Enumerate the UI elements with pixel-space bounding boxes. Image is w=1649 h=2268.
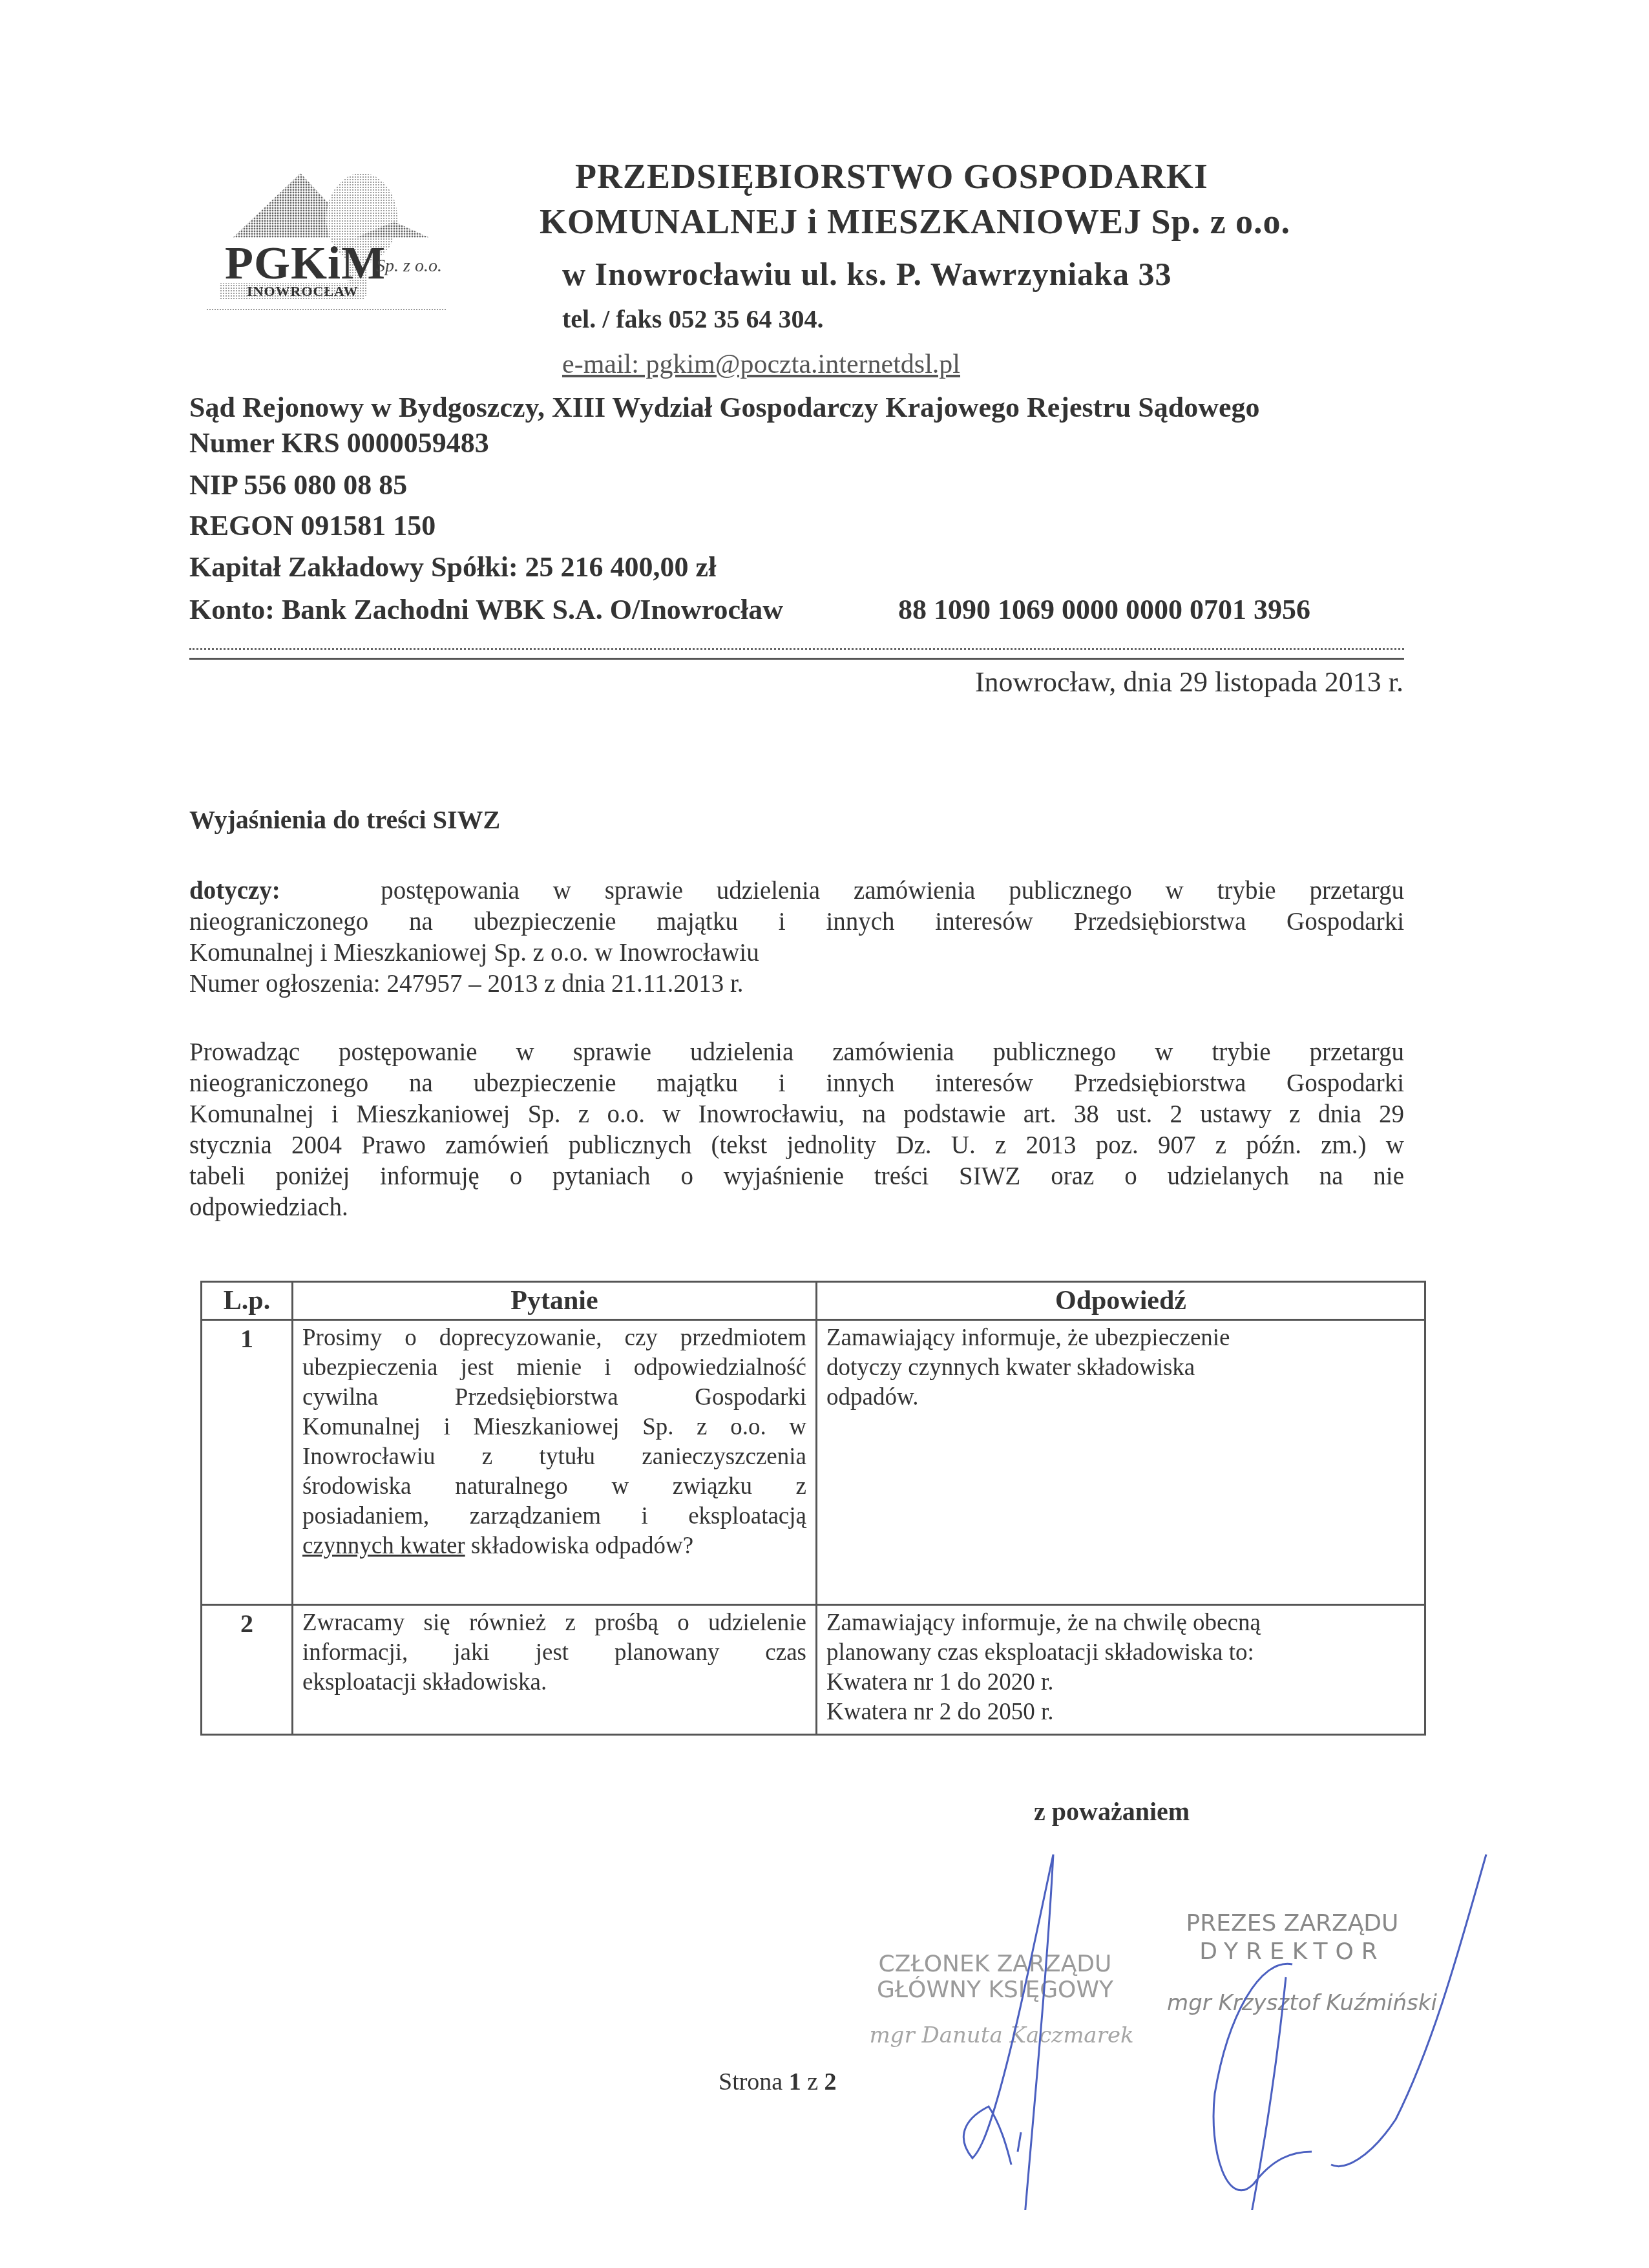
document-date: Inowrocław, dnia 29 listopada 2013 r. <box>975 666 1403 698</box>
subject-line-1: dotyczy: postępowania w sprawie udzielen… <box>189 876 1404 907</box>
registry-capital: Kapitał Zakładowy Spółki: 25 216 400,00 … <box>189 551 716 583</box>
closing-regards: z poważaniem <box>1034 1796 1190 1827</box>
logo-underline <box>207 309 446 310</box>
registry-bank: Konto: Bank Zachodni WBK S.A. O/Inowrocł… <box>189 593 783 626</box>
logo-suffix: Sp. z o.o. <box>376 256 442 277</box>
intro-paragraph: Prowadząc postępowanie w sprawie udziele… <box>189 1037 1404 1223</box>
questions-table: L.p. Pytanie Odpowiedź 1 Prosimy o dopre… <box>200 1281 1426 1736</box>
company-name-line1: PRZEDSIĘBIORSTWO GOSPODARKI <box>575 156 1208 196</box>
header-separator-line <box>189 658 1404 660</box>
stamp-president: PREZES ZARZĄDU DYREKTOR <box>1163 1909 1422 1966</box>
header-separator-dots <box>189 648 1404 650</box>
question-cell: Zwracamy się również z prośbą o udzielen… <box>293 1605 817 1735</box>
header-lp: L.p. <box>202 1282 293 1320</box>
document-title: Wyjaśnienia do treści SIWZ <box>189 804 500 835</box>
answer-cell: Zamawiający informuje, że na chwilę obec… <box>817 1605 1425 1735</box>
question-cell: Prosimy o doprecyzowanie, czy przedmiote… <box>293 1320 817 1605</box>
company-address: w Inowrocławiu ul. ks. P. Wawrzyniaka 33 <box>562 255 1171 293</box>
logo-brand: PGKiM <box>225 236 386 290</box>
company-logo: PGKiM INOWROCŁAW Sp. z o.o. <box>207 160 446 315</box>
subject-label: dotyczy: <box>189 877 280 905</box>
logo-city: INOWROCŁAW <box>247 283 359 300</box>
stamp-president-name: mgr Krzysztof Kuźmiński <box>1163 1990 1441 2016</box>
subject-line-3: Komunalnej i Mieszkaniowej Sp. z o.o. w … <box>189 938 1404 969</box>
table-row: 2 Zwracamy się również z prośbą o udziel… <box>202 1605 1425 1735</box>
page-indicator: Strona 1 z 2 <box>719 2068 837 2096</box>
row-number: 2 <box>202 1605 293 1735</box>
stamp-chief-accountant-name: mgr Danuta Kaczmarek <box>853 2022 1150 2048</box>
registry-regon: REGON 091581 150 <box>189 509 436 542</box>
row-number: 1 <box>202 1320 293 1605</box>
header-question: Pytanie <box>293 1282 817 1320</box>
registry-account-number: 88 1090 1069 0000 0000 0701 3956 <box>898 593 1310 626</box>
answer-cell: Zamawiający informuje, że ubezpieczenie … <box>817 1320 1425 1605</box>
header-answer: Odpowiedź <box>817 1282 1425 1320</box>
table-header-row: L.p. Pytanie Odpowiedź <box>202 1282 1425 1320</box>
subject-announcement-number: Numer ogłoszenia: 247957 – 2013 z dnia 2… <box>189 969 1404 1000</box>
company-name-line2: KOMUNALNEJ i MIESZKANIOWEJ Sp. z o.o. <box>540 202 1290 242</box>
registry-court: Sąd Rejonowy w Bydgoszczy, XIII Wydział … <box>189 391 1260 424</box>
company-email-link[interactable]: e-mail: pgkim@poczta.internetdsl.pl <box>562 349 960 380</box>
registry-krs: Numer KRS 0000059483 <box>189 426 489 459</box>
underlined-phrase: czynnych kwater <box>302 1533 465 1559</box>
subject-paragraph: dotyczy: postępowania w sprawie udzielen… <box>189 876 1404 1000</box>
subject-line-2: nieograniczonego na ubezpieczenie majątk… <box>189 907 1404 938</box>
stamp-chief-accountant: CZŁONEK ZARZĄDU GŁÓWNY KSIĘGOWY <box>853 1951 1137 2003</box>
registry-nip: NIP 556 080 08 85 <box>189 468 407 501</box>
table-row: 1 Prosimy o doprecyzowanie, czy przedmio… <box>202 1320 1425 1605</box>
company-phone: tel. / faks 052 35 64 304. <box>562 304 823 334</box>
